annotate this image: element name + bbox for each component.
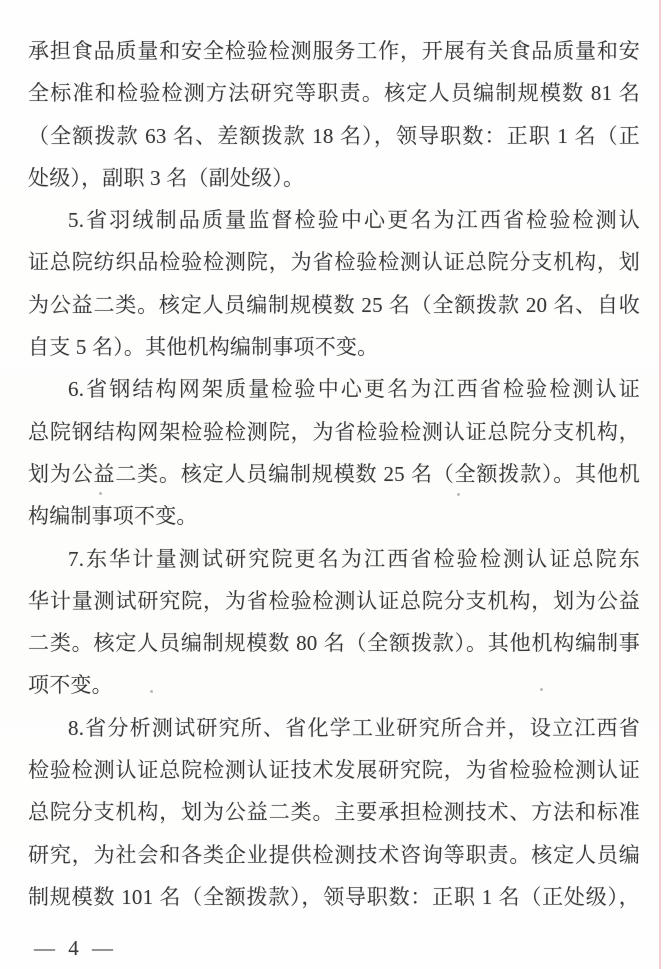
- text-line: 研究，为社会和各类企业提供检测技术咨询等职责。核定人员编: [28, 834, 640, 876]
- scanned-document-page: 承担食品质量和安全检验检测服务工作，开展有关食品质量和安全标准和检验检测方法研究…: [0, 0, 663, 969]
- document-body: 承担食品质量和安全检验检测服务工作，开展有关食品质量和安全标准和检验检测方法研究…: [28, 30, 640, 918]
- page-right-edge-line: [659, 0, 661, 969]
- paragraph: 5.省羽绒制品质量监督检验中心更名为江西省检验检测认证总院纺织品检验检测院，为省…: [28, 199, 640, 368]
- text-line: （全额拨款 63 名、差额拨款 18 名），领导职数：正职 1 名（正: [28, 115, 640, 157]
- scan-speck: [150, 690, 153, 693]
- text-line: 项不变。: [28, 664, 640, 706]
- paragraph: 8.省分析测试研究所、省化学工业研究所合并，设立江西省检验检测认证总院检测认证技…: [28, 707, 640, 918]
- text-line: 制规模数 101 名（全额拨款），领导职数：正职 1 名（正处级），: [28, 876, 640, 918]
- paragraph: 7.东华计量测试研究院更名为江西省检验检测认证总院东华计量测试研究院，为省检验检…: [28, 538, 640, 707]
- text-line: 构编制事项不变。: [28, 495, 640, 537]
- paragraph: 6.省钢结构网架质量检验中心更名为江西省检验检测认证总院钢结构网架检验检测院，为…: [28, 368, 640, 537]
- paragraph: 承担食品质量和安全检验检测服务工作，开展有关食品质量和安全标准和检验检测方法研究…: [28, 30, 640, 199]
- page-number: — 4 —: [34, 936, 117, 961]
- text-line: 6.省钢结构网架质量检验中心更名为江西省检验检测认证: [28, 368, 640, 410]
- text-line: 8.省分析测试研究所、省化学工业研究所合并，设立江西省: [28, 707, 640, 749]
- text-line: 自支 5 名）。其他机构编制事项不变。: [28, 326, 640, 368]
- text-line: 5.省羽绒制品质量监督检验中心更名为江西省检验检测认: [28, 199, 640, 241]
- text-line: 总院钢结构网架检验检测院，为省检验检测认证总院分支机构，: [28, 411, 640, 453]
- text-line: 为公益二类。核定人员编制规模数 25 名（全额拨款 20 名、自收: [28, 284, 640, 326]
- text-line: 划为公益二类。核定人员编制规模数 25 名（全额拨款）。其他机: [28, 453, 640, 495]
- scan-speck: [540, 688, 543, 691]
- text-line: 7.东华计量测试研究院更名为江西省检验检测认证总院东: [28, 538, 640, 580]
- text-line: 检验检测认证总院检测认证技术发展研究院，为省检验检测认证: [28, 749, 640, 791]
- text-line: 二类。核定人员编制规模数 80 名（全额拨款）。其他机构编制事: [28, 622, 640, 664]
- text-line: 证总院纺织品检验检测院，为省检验检测认证总院分支机构，划: [28, 241, 640, 283]
- scan-speck: [99, 492, 102, 495]
- text-line: 华计量测试研究院，为省检验检测认证总院分支机构，划为公益: [28, 580, 640, 622]
- text-line: 全标准和检验检测方法研究等职责。核定人员编制规模数 81 名: [28, 72, 640, 114]
- text-line: 处级），副职 3 名（副处级）。: [28, 157, 640, 199]
- scan-speck: [457, 493, 460, 496]
- text-line: 承担食品质量和安全检验检测服务工作，开展有关食品质量和安: [28, 30, 640, 72]
- text-line: 总院分支机构，划为公益二类。主要承担检测技术、方法和标准: [28, 791, 640, 833]
